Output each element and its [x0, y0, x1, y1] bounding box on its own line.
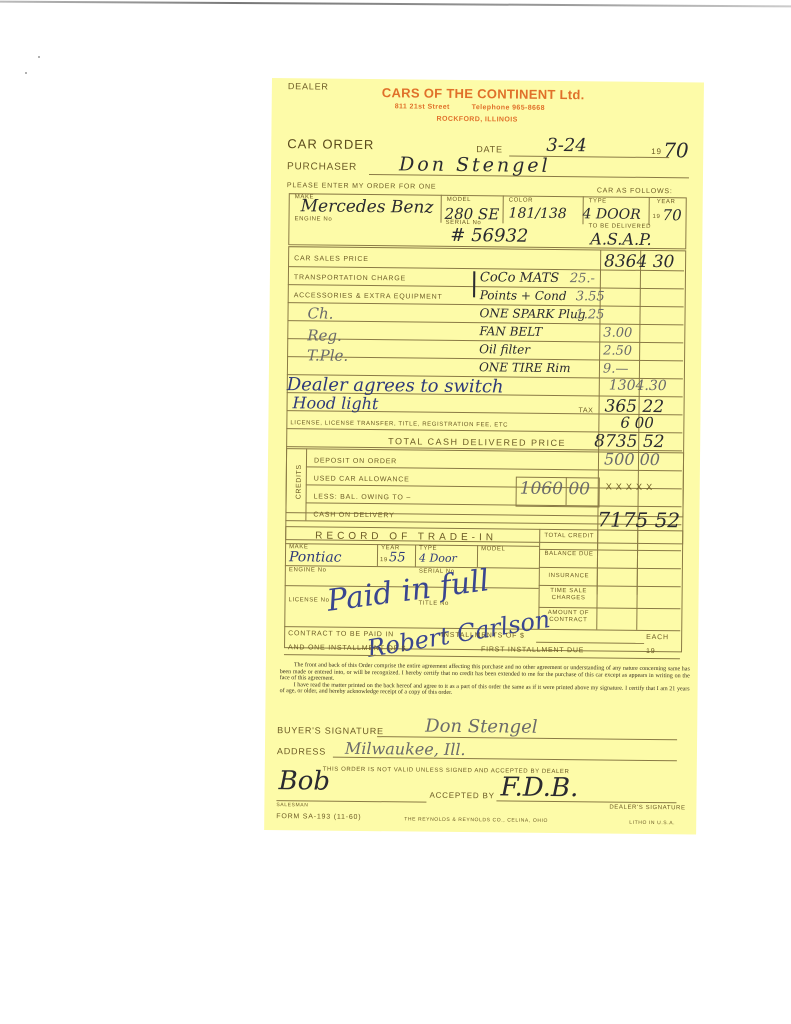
printer-name: THE REYNOLDS & REYNOLDS CO., CELINA, OHI…: [404, 816, 548, 824]
accessory-amount: 9.—: [603, 361, 629, 376]
buyer-signature-value: Don Stengel: [425, 716, 538, 738]
trade-year-value: 55: [389, 550, 406, 565]
address-label: ADDRESS: [277, 746, 326, 757]
year-value: 70: [663, 138, 689, 162]
model-label: MODEL: [447, 197, 471, 203]
car-sales-price-value: 8364 30: [604, 251, 675, 272]
dealer-city: ROCKFORD, ILLINOIS: [437, 116, 518, 124]
car-order-title: CAR ORDER: [287, 136, 374, 152]
enter-order-label: PLEASE ENTER MY ORDER FOR ONE: [287, 182, 437, 191]
accepted-by-label: ACCEPTED BY: [429, 791, 494, 801]
trade-type-value: 4 Door: [419, 552, 457, 565]
salesman-value: Bob: [278, 766, 330, 797]
accessory-item: ONE SPARK Plug: [479, 306, 585, 321]
tax-label: TAX: [578, 407, 593, 414]
dealer-telephone: Telephone 965-8668: [472, 104, 545, 112]
transportation-label: TRANSPORTATION CHARGE: [294, 274, 406, 282]
year-prefix: 19: [651, 147, 662, 156]
time-sale-charges-label: TIME SALE CHARGES: [541, 588, 597, 603]
accessory-amount: 3.00: [603, 325, 632, 340]
car-sales-price-label: CAR SALES PRICE: [294, 255, 369, 263]
contract-line1-mid: INSTALLMENTS OF $: [441, 632, 525, 640]
trade-in-title: RECORD OF TRADE-IN: [315, 530, 497, 543]
salesman-label: SALESMAN: [276, 802, 308, 808]
delivery-value: A.S.A.P.: [590, 229, 652, 249]
vehicle-year-label: YEAR: [657, 199, 676, 205]
accessory-item: CoCo MATS: [480, 270, 559, 286]
type-label: TYPE: [589, 198, 607, 204]
accessory-amount: 1.25: [575, 307, 604, 322]
car-order-form: DEALER CARS OF THE CONTINENT Ltd. 811 21…: [264, 78, 704, 834]
car-as-follows-label: CAR AS FOLLOWS:: [597, 187, 673, 195]
contract-line2-mid: FIRST INSTALLMENT DUE: [481, 646, 584, 654]
accessory-amount: 3.55: [576, 289, 605, 304]
accepted-by-value: F.D.B.: [500, 772, 578, 803]
used-car-label: USED CAR ALLOWANCE: [314, 475, 410, 483]
date-value: 3-24: [546, 135, 587, 156]
color-label: COLOR: [509, 197, 533, 203]
vehicle-year-value: 70: [662, 206, 681, 224]
deposit-label: DEPOSIT ON ORDER: [314, 457, 397, 465]
accessory-item: Oil filter: [479, 342, 530, 357]
contract-line2-prefix: AND ONE INSTALLMENT OF $: [288, 644, 406, 652]
trade-license-label: LICENSE No: [289, 597, 330, 603]
litho-note: LITHO IN U.S.A.: [629, 820, 675, 826]
accessory-item: FAN BELT: [479, 324, 542, 339]
trade-model-label: MODEL: [481, 546, 505, 552]
dealer-address: 811 21st Street: [395, 103, 450, 111]
date-label: DATE: [476, 144, 503, 154]
scan-edge: [0, 1, 791, 8]
insurance-label: INSURANCE: [541, 573, 597, 580]
deposit-value: 500 00: [604, 449, 660, 469]
accessory-item: ONE TIRE Rim: [479, 360, 571, 375]
type-value: 4 DOOR: [583, 206, 641, 223]
form-number: FORM SA-193 (11-60): [276, 813, 361, 821]
accessory-item: Points + Cond: [480, 288, 567, 303]
contract-line1-prefix: CONTRACT TO BE PAID IN: [288, 630, 394, 638]
dealer-signature-label: DEALER'S SIGNATURE: [609, 805, 685, 812]
used-car-marks: X X X X X: [606, 482, 653, 492]
trade-engine-label: ENGINE No: [289, 567, 327, 573]
color-value: 181/138: [509, 205, 567, 222]
pencil-note: T.Ple.: [307, 346, 348, 364]
purchaser-value: Don Stengel: [399, 153, 551, 177]
dealer-label: DEALER: [288, 81, 329, 91]
bal-owing-label: LESS: BAL. OWING TO –: [314, 493, 412, 501]
contract-line2-suffix: 19: [646, 648, 655, 655]
balance-due-label: BALANCE DUE: [541, 551, 597, 559]
accessories-subtotal: 1304.30: [609, 378, 667, 395]
trade-year-prefix: 19: [380, 557, 388, 563]
contract-line1-suffix: EACH: [646, 634, 669, 641]
buyer-signature-label: BUYER'S SIGNATURE: [277, 725, 384, 736]
total-label: TOTAL CASH DELIVERED PRICE: [388, 436, 566, 448]
pencil-note: Reg.: [307, 326, 342, 344]
cash-on-delivery-label: CASH ON DELIVERY: [313, 511, 394, 519]
make-value: Mercedes Benz: [301, 196, 434, 217]
credits-label: CREDITS: [296, 464, 303, 499]
dealer-note-line2: Hood light: [293, 393, 379, 413]
serial-value: # 56932: [450, 225, 528, 247]
scan-speck: [38, 56, 40, 58]
address-value: Milwaukee, Ill.: [345, 739, 466, 759]
pencil-note: Ch.: [307, 304, 333, 322]
used-car-value: 1060 00: [520, 479, 591, 500]
license-value: 6 00: [620, 414, 654, 432]
engine-label: ENGINE No: [294, 216, 332, 222]
accessory-amount: 2.50: [603, 343, 632, 358]
total-credit-label: TOTAL CREDIT: [541, 533, 597, 541]
scan-speck: [25, 72, 27, 74]
accessory-amount: 25.-: [570, 271, 595, 286]
dealer-name: CARS OF THE CONTINENT Ltd.: [382, 85, 585, 102]
accessories-bracket: |: [470, 268, 479, 298]
purchaser-label: PURCHASER: [287, 161, 357, 173]
trade-make-value: Pontiac: [289, 549, 342, 566]
vehicle-year-prefix: 19: [653, 214, 661, 220]
legal-text: The front and back of this Order compris…: [280, 662, 690, 699]
